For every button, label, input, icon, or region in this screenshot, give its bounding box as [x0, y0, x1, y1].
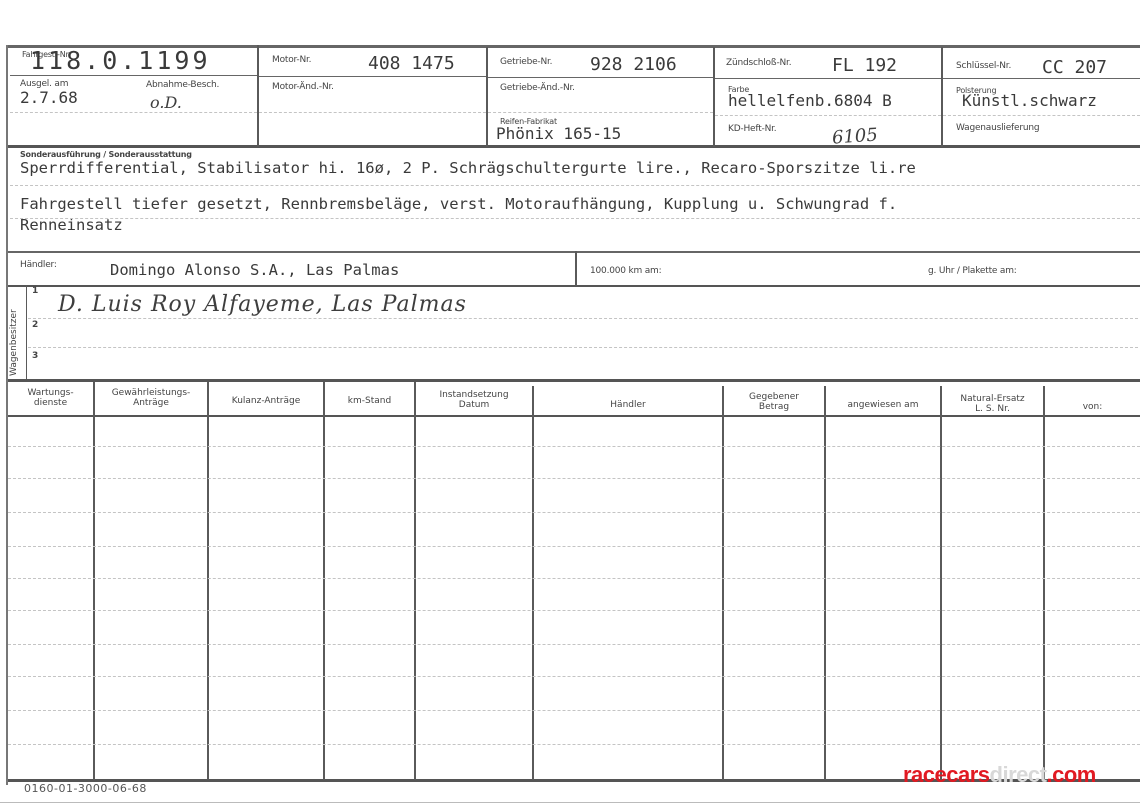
table-row — [8, 676, 1140, 677]
watermark-suffix: .com — [1046, 762, 1095, 787]
field-label: Motor-Änd.-Nr. — [272, 82, 334, 92]
field-label: Getriebe-Änd.-Nr. — [500, 83, 575, 93]
row-number: 2 — [32, 320, 38, 330]
col-km-stand: km-Stand — [325, 396, 414, 406]
special-equipment-line: Fahrgestell tiefer gesetzt, Rennbremsbel… — [20, 195, 897, 213]
column-label: Wartungs- dienste — [27, 388, 73, 408]
column-label: Gegebener Betrag — [749, 392, 799, 412]
divider — [943, 78, 1140, 79]
column-label: Natural-Ersatz L. S. Nr. — [960, 394, 1024, 414]
column-label: Händler — [610, 400, 645, 410]
field-label: Motor-Nr. — [272, 55, 311, 65]
column-label: Gewährleistungs- Anträge — [112, 388, 191, 408]
col-gewaehrleistung: Gewährleistungs- Anträge — [95, 388, 207, 408]
divider — [0, 802, 1140, 803]
engine-number: 408 1475 — [368, 53, 455, 74]
tire-make: Phönix 165-15 — [496, 124, 621, 143]
divider — [486, 47, 488, 147]
field-label: Schlüssel-Nr. — [956, 61, 1011, 71]
table-row — [8, 744, 1140, 745]
divider — [8, 415, 1140, 417]
col-von: von: — [1045, 402, 1140, 412]
chassis-number: 118.0.1199 — [30, 46, 211, 75]
row-number: 3 — [32, 351, 38, 361]
field-label: Wagenauslieferung — [956, 123, 1039, 133]
dealer-name: Domingo Alonso S.A., Las Palmas — [110, 261, 399, 279]
col-instandsetzung: Instandsetzung Datum — [416, 390, 532, 410]
divider — [8, 251, 1140, 253]
column-label: angewiesen am — [848, 400, 919, 410]
field-label: KD-Heft-Nr. — [728, 124, 776, 134]
col-natural-ersatz: Natural-Ersatz L. S. Nr. — [942, 394, 1043, 414]
column-label: km-Stand — [348, 396, 391, 406]
table-row — [8, 546, 1140, 547]
section-label: Sonderausführung / Sonderausstattung — [20, 150, 192, 159]
col-haendler: Händler — [534, 400, 722, 410]
column-label: von: — [1083, 402, 1103, 412]
col-betrag: Gegebener Betrag — [724, 392, 824, 412]
col-wartungsdienste: Wartungs- dienste — [8, 388, 93, 408]
table-row — [8, 478, 1140, 479]
table-row — [8, 578, 1140, 579]
divider — [715, 115, 941, 116]
divider — [257, 45, 259, 147]
divider — [941, 47, 943, 147]
watermark-middle: direct — [990, 762, 1047, 787]
divider — [8, 285, 1140, 287]
column-label: Instandsetzung Datum — [439, 390, 508, 410]
table-row — [8, 644, 1140, 645]
divider — [28, 347, 1138, 348]
ignition-lock-number: FL 192 — [832, 55, 897, 76]
paint-color: hellelfenb.6804 B — [728, 91, 892, 110]
special-equipment-line: Sperrdifferential, Stabilisator hi. 16ø,… — [20, 159, 916, 177]
upholstery: Künstl.schwarz — [962, 91, 1097, 110]
top-box-bottom-border — [8, 145, 1140, 148]
col-kulanz: Kulanz-Anträge — [209, 396, 323, 406]
column-label: Kulanz-Anträge — [232, 396, 301, 406]
divider — [713, 47, 715, 147]
divider — [488, 77, 713, 78]
watermark-prefix: racecars — [903, 762, 990, 787]
divider — [715, 78, 941, 79]
divider — [10, 218, 1140, 219]
divider — [488, 112, 713, 113]
field-label: Händler: — [20, 260, 57, 270]
divider — [93, 382, 95, 780]
table-row — [8, 512, 1140, 513]
kd-heft-number: 6105 — [831, 124, 878, 148]
table-row — [8, 446, 1140, 447]
watermark-logo: racecarsdirect.com — [903, 762, 1096, 788]
divider — [575, 251, 577, 286]
divider — [10, 75, 257, 76]
gearbox-number: 928 2106 — [590, 54, 677, 75]
abnahme-value: o.D. — [150, 93, 182, 112]
divider — [26, 285, 27, 380]
owners-label: Wagenbesitzer — [9, 309, 19, 376]
field-label: Getriebe-Nr. — [500, 57, 552, 67]
divider — [28, 318, 1138, 319]
field-label: Abnahme-Besch. — [146, 80, 219, 90]
owner-name: D. Luis Roy Alfayeme, Las Palmas — [58, 292, 467, 317]
divider — [259, 112, 486, 113]
delivery-date: 2.7.68 — [20, 88, 78, 107]
divider — [323, 382, 325, 780]
mileage-100k-label: 100.000 km am: — [590, 266, 661, 276]
divider — [943, 115, 1140, 116]
clock-plaque-label: g. Uhr / Plakette am: — [928, 266, 1017, 276]
divider — [207, 382, 209, 780]
table-row — [8, 610, 1140, 611]
divider — [259, 76, 486, 77]
key-number: CC 207 — [1042, 57, 1107, 78]
form-code: 0160-01-3000-06-68 — [24, 782, 147, 795]
divider — [10, 185, 1140, 186]
field-label: Zündschloß-Nr. — [726, 58, 791, 68]
col-angewiesen: angewiesen am — [826, 400, 940, 410]
divider — [8, 379, 1140, 382]
table-row — [8, 710, 1140, 711]
divider — [414, 382, 416, 780]
divider — [10, 112, 257, 113]
row-number: 1 — [32, 286, 38, 296]
